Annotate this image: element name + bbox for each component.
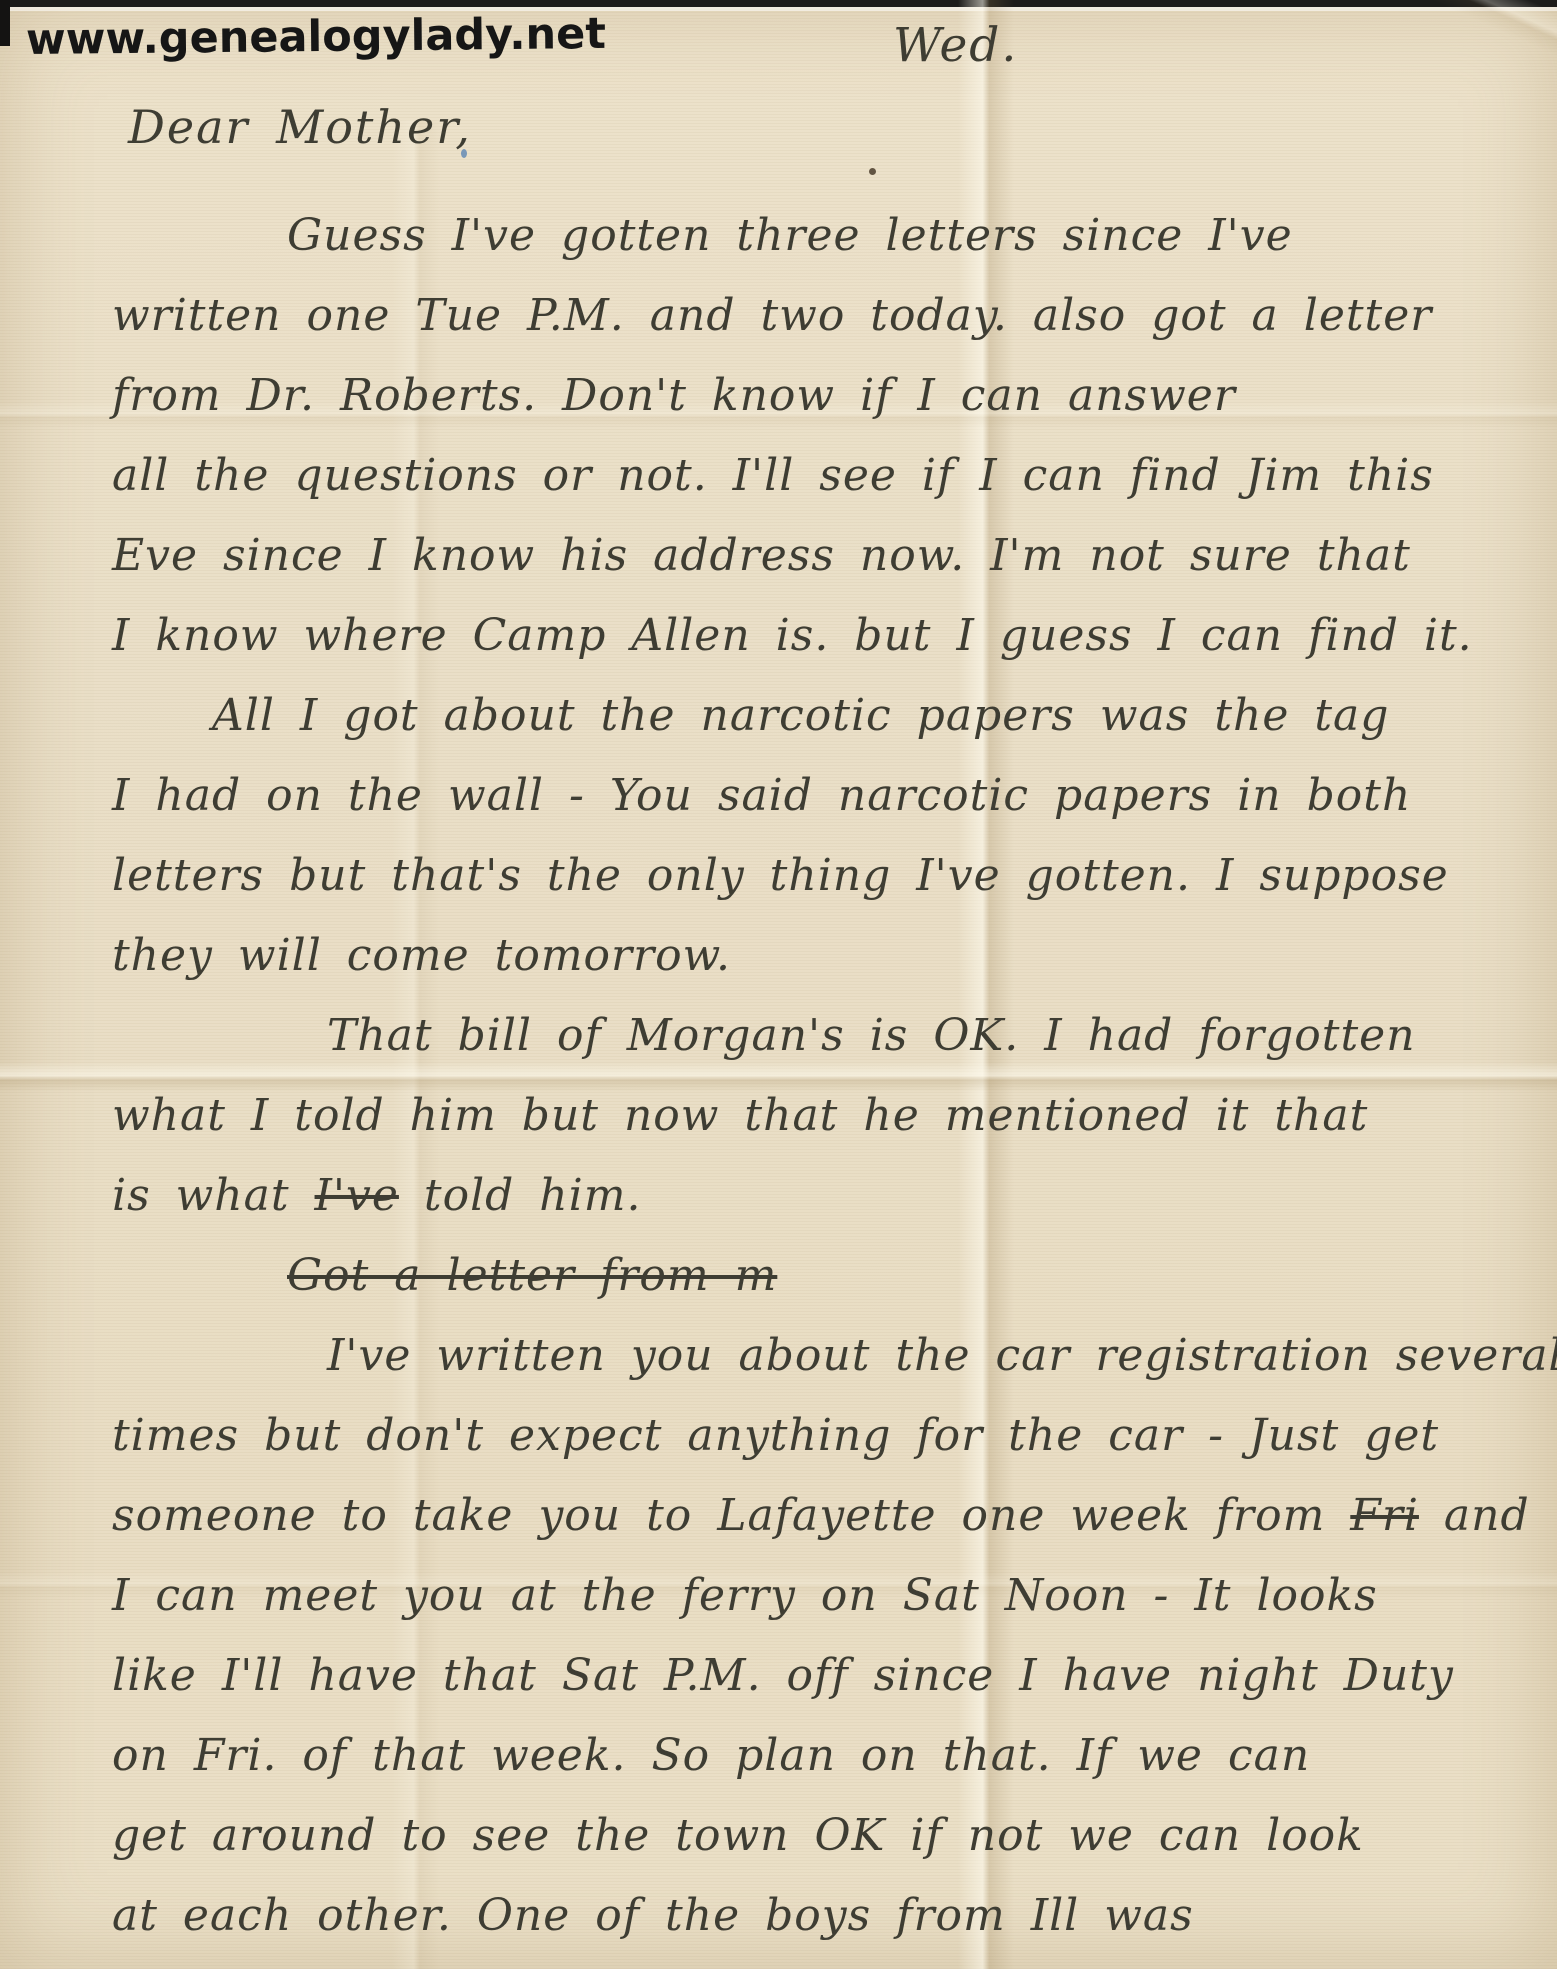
handwritten-text: All I got about the narcotic papers was … [212,690,1389,741]
strikethrough-text: I've [315,1170,399,1221]
handwritten-text: someone to take you to Lafayette one wee… [112,1490,1350,1541]
letter-line: someone to take you to Lafayette one wee… [112,1476,1527,1556]
handwritten-text: I can meet you at the ferry on Sat Noon … [112,1570,1378,1621]
letter-line: I can meet you at the ferry on Sat Noon … [112,1556,1527,1636]
handwritten-text: Eve since I know his address now. I'm no… [112,530,1411,581]
letter-line: All I got about the narcotic papers was … [212,676,1527,756]
letter-line: they will come tomorrow. [112,916,1527,996]
handwritten-text: I've written you about the car registrat… [327,1330,1557,1381]
letter-line: I know where Camp Allen is. but I guess … [112,596,1527,676]
handwritten-text: at each other. One of the boys from Ill … [112,1890,1194,1941]
handwritten-text: letters but that's the only thing I've g… [112,850,1449,901]
letter-line: from Dr. Roberts. Don't know if I can an… [112,356,1527,436]
letter-line: letters but that's the only thing I've g… [112,836,1527,916]
scanned-letter-page: www.genealogylady.net Wed. Dear Mother, … [0,0,1557,1969]
handwritten-text: what I told him but now that he mentione… [112,1090,1368,1141]
letter-line: Got a letter from m [287,1236,1527,1316]
handwritten-text: on Fri. of that week. So plan on that. I… [112,1730,1310,1781]
handwritten-text: from Dr. Roberts. Don't know if I can an… [112,370,1236,421]
handwritten-text: told him. [399,1170,642,1221]
letter-line: I had on the wall - You said narcotic pa… [112,756,1527,836]
handwritten-text: get around to see the town OK if not we … [112,1810,1364,1861]
handwritten-text: I know where Camp Allen is. but I guess … [112,610,1473,661]
letter-line: Guess I've gotten three letters since I'… [287,196,1527,276]
handwritten-text: written one Tue P.M. and two today. also… [112,290,1432,341]
date-line: Wed. [893,18,1018,73]
salutation: Dear Mother, [128,100,472,154]
letter-line: all the questions or not. I'll see if I … [112,436,1527,516]
letter-line: what I told him but now that he mentione… [112,1076,1527,1156]
handwritten-text: they will come tomorrow. [112,930,731,981]
fold-crease-diagonal-top-right [1099,0,1557,104]
letter-line: like I'll have that Sat P.M. off since I… [112,1636,1527,1716]
letter-line: written one Tue P.M. and two today. also… [112,276,1527,356]
letter-line: That bill of Morgan's is OK. I had forgo… [327,996,1527,1076]
strikethrough-text: Fri [1350,1490,1419,1541]
scanner-edge-top [0,0,1557,7]
handwritten-text: Guess I've gotten three letters since I'… [287,210,1293,261]
letter-line: get around to see the town OK if not we … [112,1796,1527,1876]
handwritten-text: and [1419,1490,1530,1541]
strikethrough-text: Got a letter from m [287,1250,777,1301]
letter-line: at each other. One of the boys from Ill … [112,1876,1527,1956]
watermark: www.genealogylady.net [26,9,606,65]
scanner-corner-mark [0,0,10,46]
letter-body: Guess I've gotten three letters since I'… [112,196,1527,1956]
letter-line: on Fri. of that week. So plan on that. I… [112,1716,1527,1796]
scanner-edge-highlight [0,7,1557,11]
handwritten-text: That bill of Morgan's is OK. I had forgo… [327,1010,1416,1061]
paper-speck-dark [869,168,876,175]
letter-line: Eve since I know his address now. I'm no… [112,516,1527,596]
letter-line: times but don't expect anything for the … [112,1396,1527,1476]
handwritten-text: all the questions or not. I'll see if I … [112,450,1434,501]
handwritten-text: like I'll have that Sat P.M. off since I… [112,1650,1454,1701]
letter-line: I've written you about the car registrat… [327,1316,1527,1396]
handwritten-text: is what [112,1170,315,1221]
letter-line: is what I've told him. [112,1156,1527,1236]
handwritten-text: times but don't expect anything for the … [112,1410,1439,1461]
handwritten-text: I had on the wall - You said narcotic pa… [112,770,1411,821]
